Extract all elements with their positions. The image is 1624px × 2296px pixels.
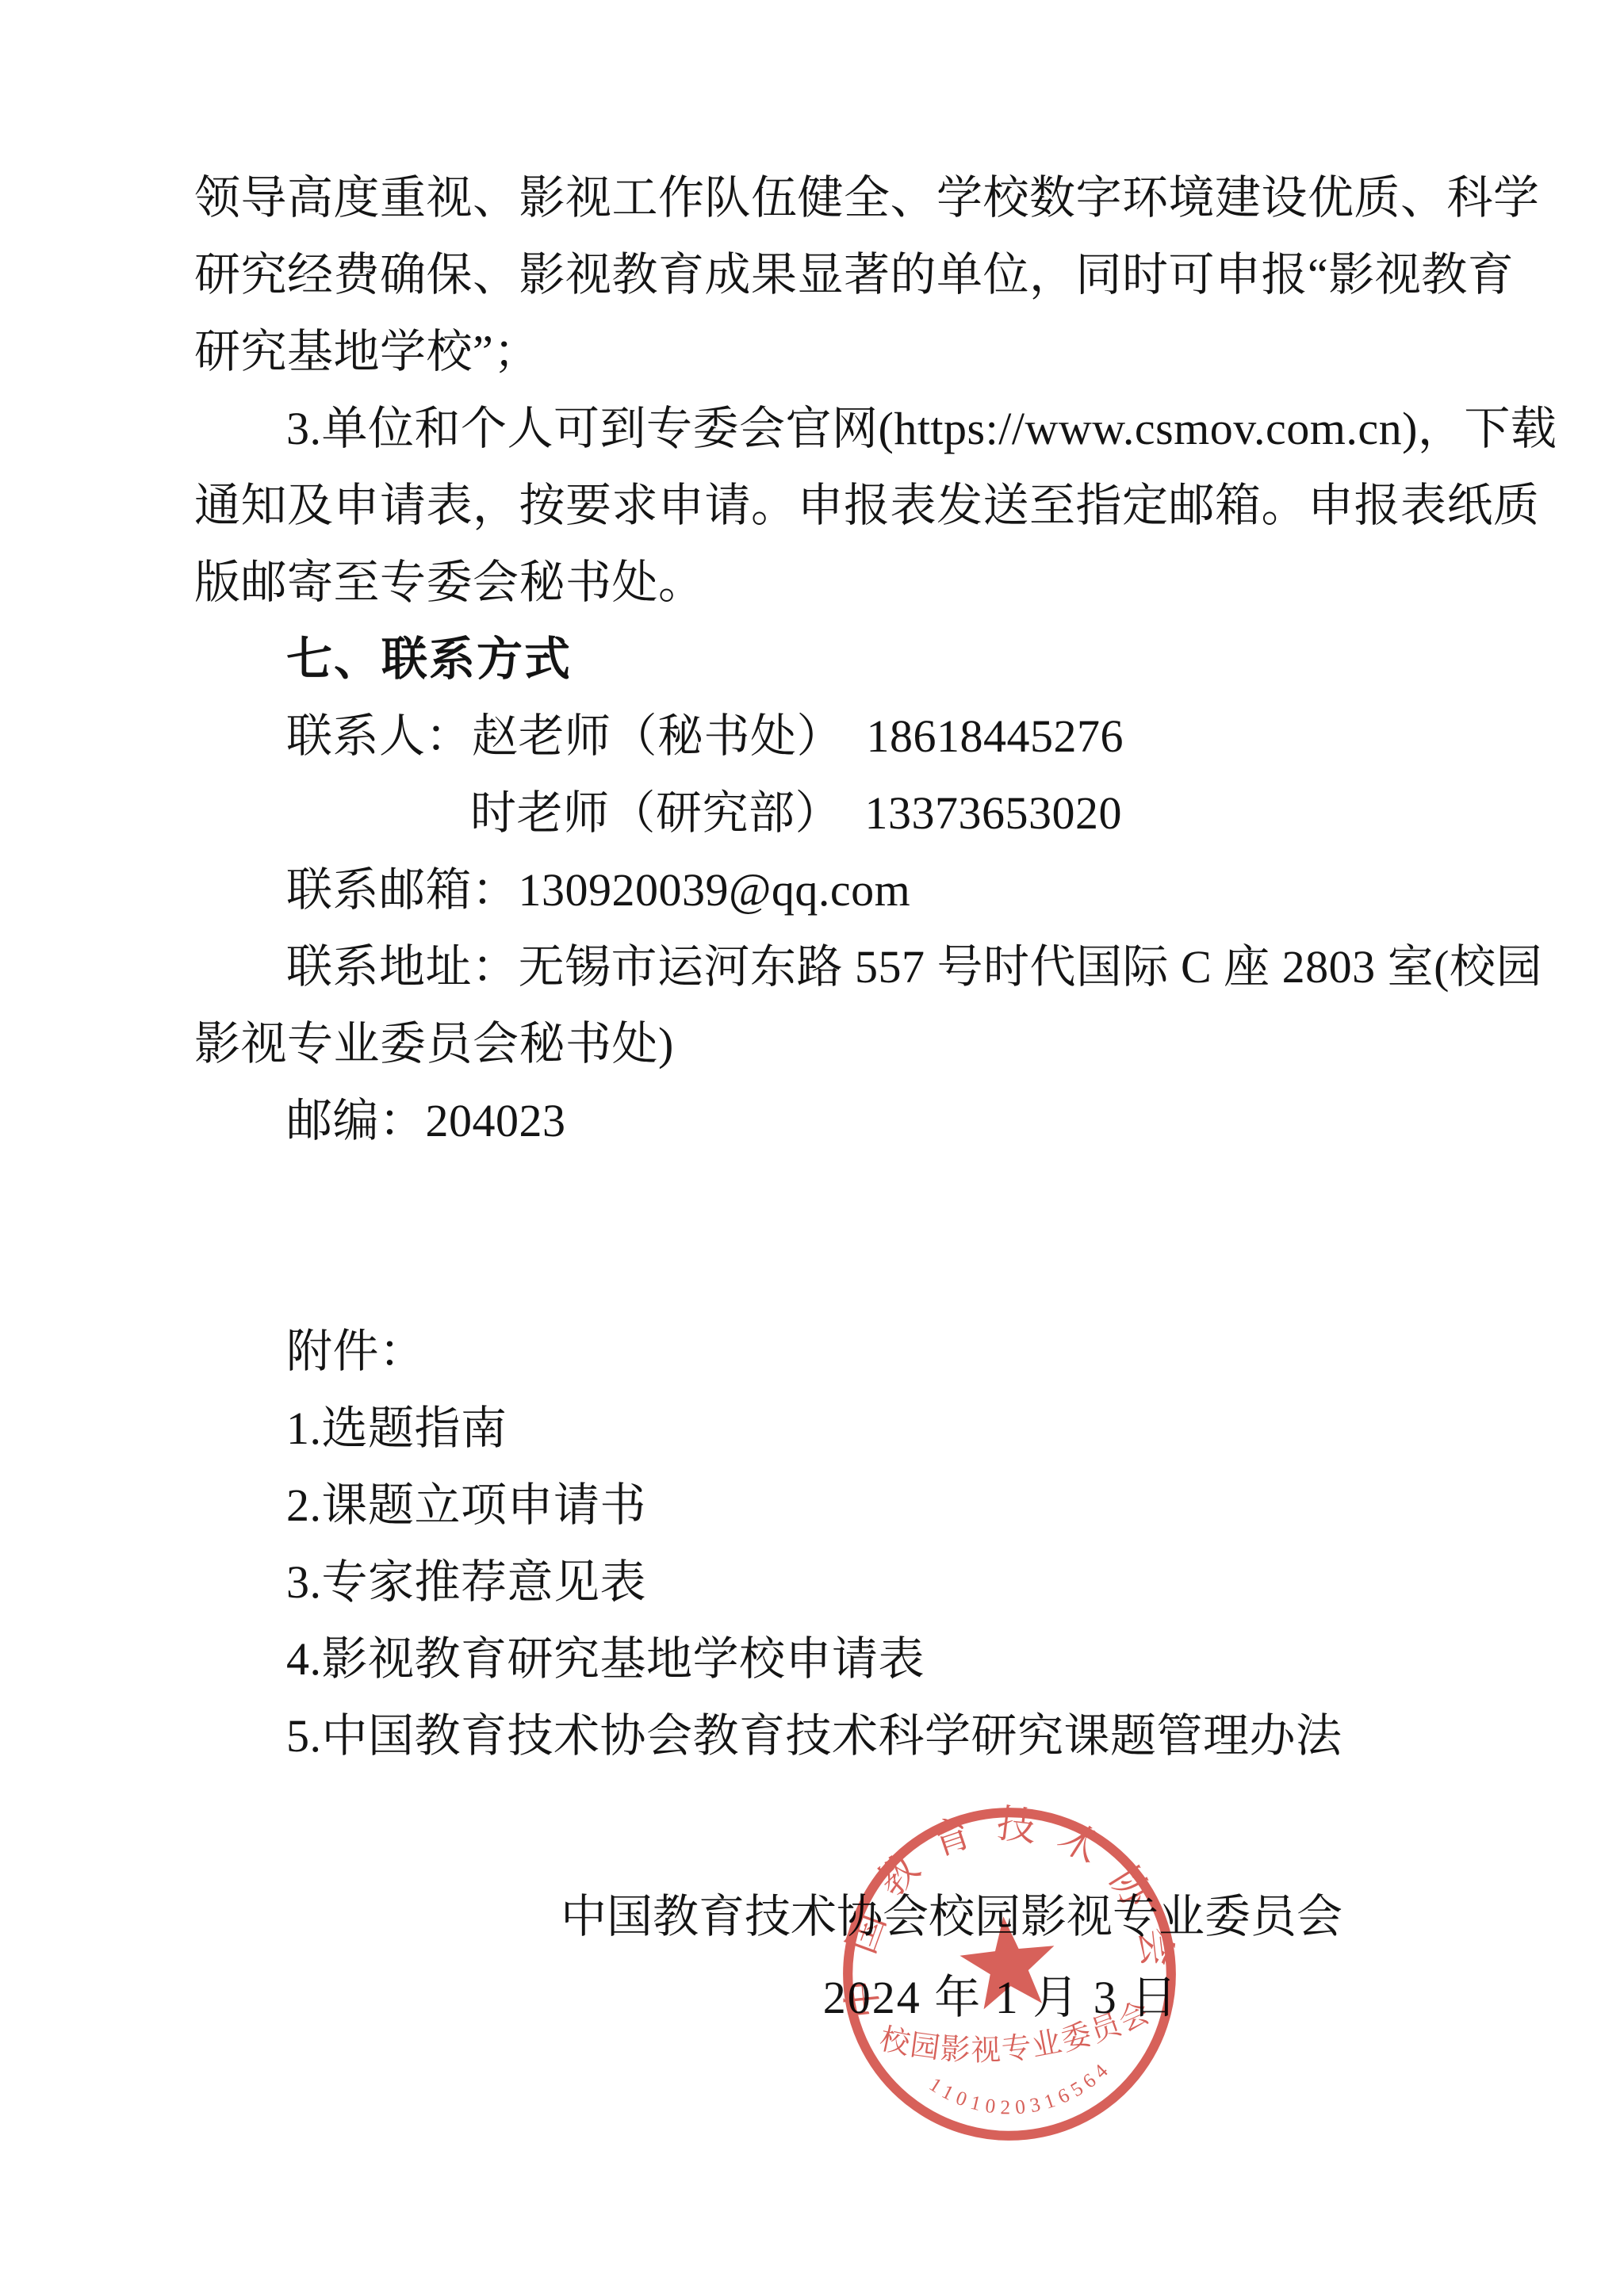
attachment-item-1: 1.选题指南 (194, 1390, 1479, 1467)
contact-person-primary: 联系人：赵老师（秘书处） 18618445276 (194, 698, 1479, 775)
postal-code: 邮编：204023 (194, 1082, 1479, 1159)
document-body: 领导高度重视、影视工作队伍健全、学校数字环境建设优质、科学 研究经费确保、影视教… (194, 159, 1479, 1774)
body-line: 3.单位和个人可到专委会官网(https://www.csmov.com.cn)… (194, 390, 1479, 467)
attachments-label: 附件： (194, 1313, 1479, 1390)
body-line: 领导高度重视、影视工作队伍健全、学校数字环境建设优质、科学 (194, 159, 1479, 236)
contact-person-secondary: 时老师（研究部） 13373653020 (194, 775, 1479, 851)
star-icon (956, 1911, 1060, 2011)
contact-address-line2: 影视专业委员会秘书处) (194, 1005, 1479, 1082)
seal-inner-text: 校园影视专业委员会 (874, 1994, 1159, 2080)
body-line: 研究基地学校”； (194, 313, 1479, 390)
body-line: 版邮寄至专委会秘书处。 (194, 544, 1479, 621)
body-line: 通知及申请表，按要求申请。申报表发送至指定邮箱。申报表纸质 (194, 467, 1479, 544)
blank-line (194, 1236, 1479, 1313)
attachment-item-3: 3.专家推荐意见表 (194, 1544, 1479, 1621)
document-page: 领导高度重视、影视工作队伍健全、学校数字环境建设优质、科学 研究经费确保、影视教… (0, 0, 1624, 2296)
contact-email: 联系邮箱：130920039@qq.com (194, 851, 1479, 928)
blank-line (194, 1159, 1479, 1236)
attachment-item-2: 2.课题立项申请书 (194, 1467, 1479, 1544)
body-line: 研究经费确保、影视教育成果显著的单位，同时可申报“影视教育 (194, 236, 1479, 313)
official-seal: 中国教育技术协会 校园影视专业委员会 1101020316564 (819, 1784, 1199, 2164)
contact-address-line1: 联系地址：无锡市运河东路 557 号时代国际 C 座 2803 室(校园 (194, 928, 1479, 1005)
section-heading-contact: 七、联系方式 (194, 621, 1479, 698)
attachment-item-5: 5.中国教育技术协会教育技术科学研究课题管理办法 (194, 1697, 1479, 1774)
attachment-item-4: 4.影视教育研究基地学校申请表 (194, 1621, 1479, 1697)
